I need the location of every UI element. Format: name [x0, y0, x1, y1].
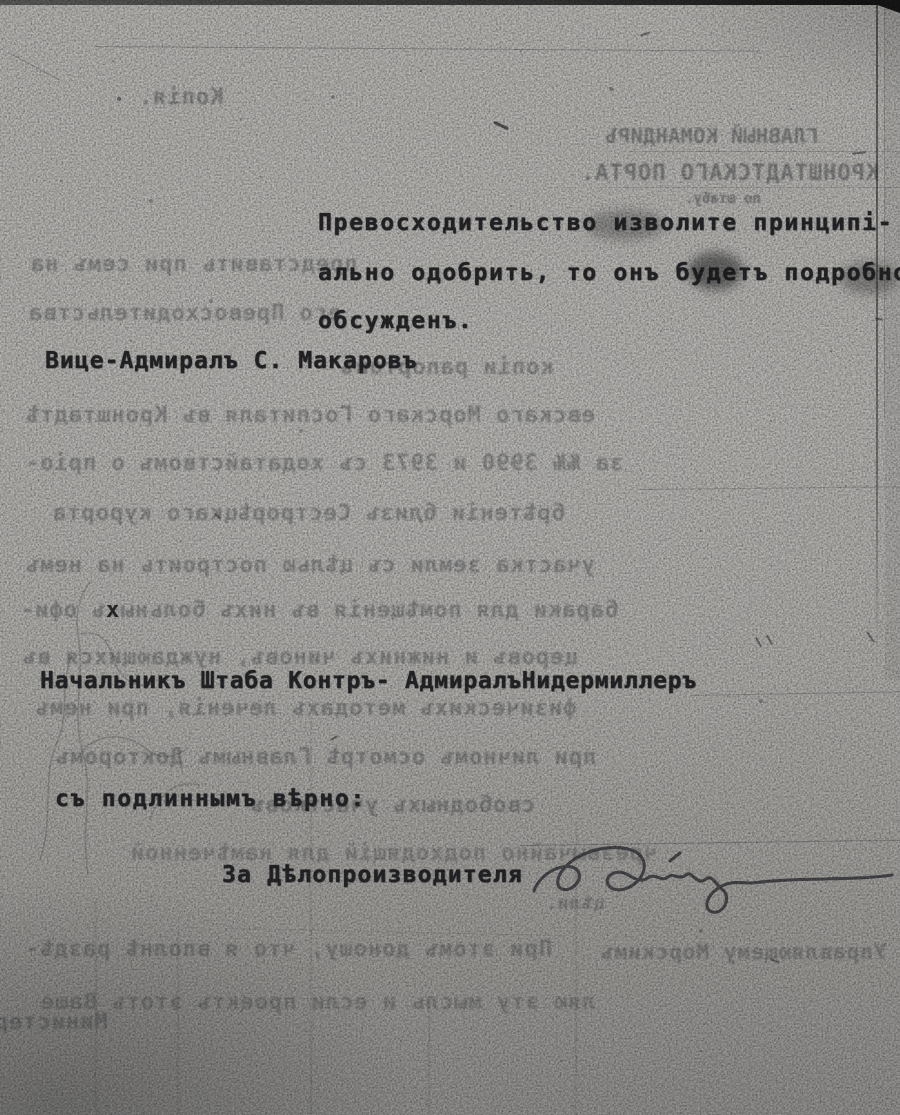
film-top-edge [0, 0, 900, 5]
bleedthrough-line: участка земли съ цѣлью построить на немъ [25, 553, 595, 578]
fiber-mark [755, 637, 762, 648]
bleedthrough-letterhead-3: по штабу. [685, 191, 761, 207]
bleedthrough-letterhead-1: ГЛАВНЫЙ КОМАНДИРЪ [605, 124, 818, 148]
scratch [600, 187, 900, 188]
bleedthrough-copy-label: Копія. [138, 85, 223, 110]
fold-line [95, 900, 97, 1115]
bleedthrough-line: брѣтеніи близъ Сестрорѣцкаго курорта [52, 501, 565, 526]
fiber-mark [866, 631, 875, 643]
makarov-signature-line: Вице-Адмиралъ С. Макаровъ [45, 348, 417, 374]
bleedthrough-line: представить при семъ на [30, 252, 358, 277]
bleedthrough-line: Министерствомъ. [0, 1010, 108, 1035]
fold-line [876, 0, 878, 660]
bleedthrough-letterhead-2: КРОНШТАДТСКАГО ПОРТА. [580, 161, 879, 186]
film-edge-strip [885, 0, 900, 680]
body-line-3: обсужденъ. [318, 308, 473, 334]
fiber-mark [640, 31, 650, 36]
fold-line [177, 930, 179, 1115]
scratch [640, 486, 900, 490]
scratch-branches [10, 580, 330, 880]
body-line-2: ально одобрить, то онъ будетъ подробно [318, 260, 900, 286]
fiber-mark [766, 635, 773, 646]
bleedthrough-line: евскаго Морскаго Госпиталя въ Кронштадтѣ [25, 403, 595, 428]
fiber-mark [493, 121, 509, 130]
ink-smudge [840, 262, 898, 294]
fiber-mark [330, 735, 338, 741]
fold-line [428, 1000, 430, 1115]
fiber-mark [852, 151, 866, 154]
niedermiller-line: Начальникъ Штаба Контръ- АдмиралъНидерми… [40, 668, 697, 694]
scratch [225, 928, 565, 936]
document-page: Копія. ГЛАВНЫЙ КОМАНДИРЪ КРОНШТАДТСКАГО … [0, 0, 900, 1115]
scratch [95, 46, 760, 52]
clerk-line: За Дѣлопроизводителя [222, 862, 523, 888]
bleedthrough-line: При этомъ доношу, что я вполнѣ раздѣ- [25, 937, 552, 962]
ink-smudge [688, 252, 743, 290]
scratch [8, 52, 61, 81]
bleedthrough-line: за №№ 3990 и 3973 съ ходатайствомъ о прі… [25, 451, 623, 476]
x-mark: х [106, 598, 119, 623]
scratch [690, 691, 900, 696]
bleedthrough-line: ляю эту мысль и если проектъ этотъ Ваше [40, 990, 596, 1015]
ink-smudge [585, 210, 665, 240]
bleedthrough-line: его Превосходительства [28, 301, 341, 326]
certification-line: съ подлиннымъ вѣрно: [55, 786, 366, 812]
signature-ink [520, 825, 900, 945]
